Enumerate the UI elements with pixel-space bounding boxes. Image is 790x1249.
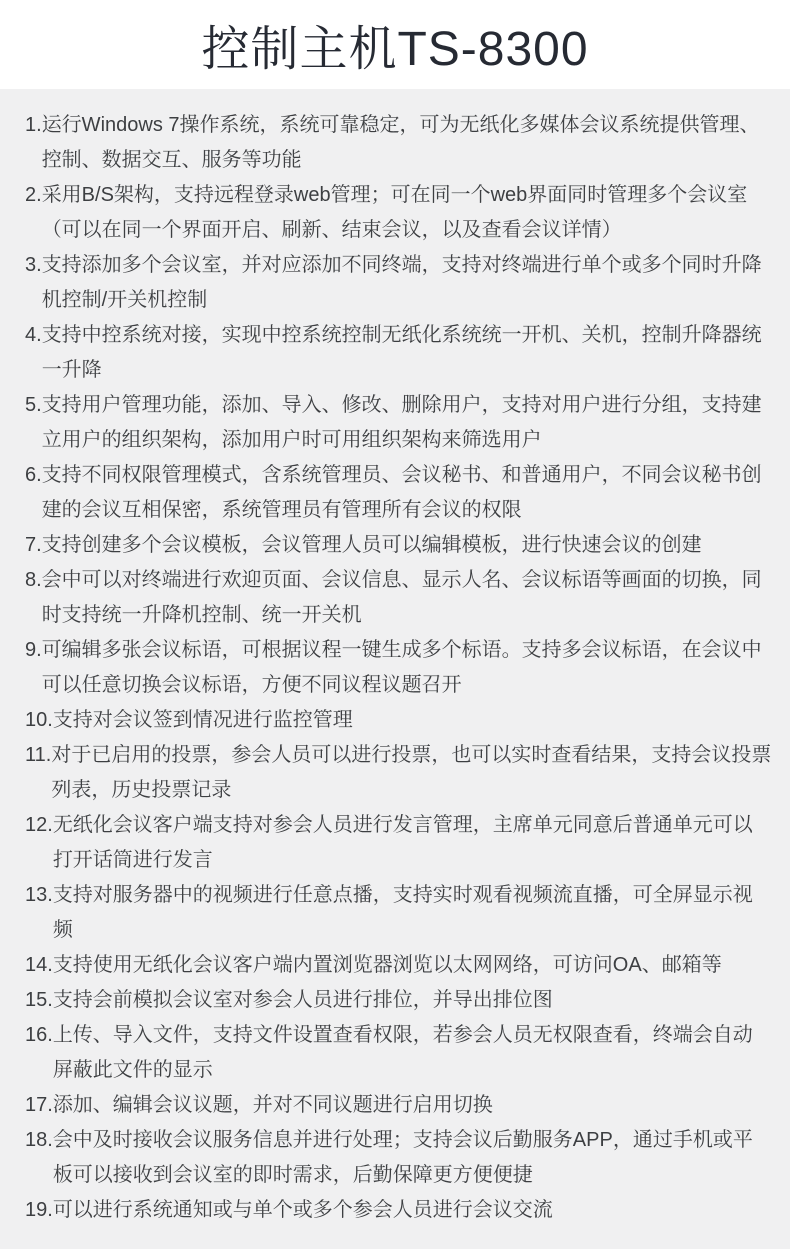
feature-number: 13. xyxy=(25,878,53,913)
product-spec-page: 控制主机TS-8300 1.运行Windows 7操作系统，系统可靠稳定，可为无… xyxy=(0,0,790,1249)
feature-number: 18. xyxy=(25,1123,53,1158)
feature-item: 10.支持对会议签到情况进行监控管理 xyxy=(25,703,772,738)
feature-text: 支持用户管理功能，添加、导入、修改、删除用户，支持对用户进行分组，支持建立用户的… xyxy=(42,388,772,458)
page-header: 控制主机TS-8300 xyxy=(0,0,790,89)
feature-text: 采用B/S架构，支持远程登录web管理；可在同一个web界面同时管理多个会议室（… xyxy=(42,178,772,248)
feature-number: 17. xyxy=(25,1088,53,1123)
feature-number: 19. xyxy=(25,1193,53,1228)
feature-number: 2. xyxy=(25,178,42,213)
feature-item: 12.无纸化会议客户端支持对参会人员进行发言管理，主席单元同意后普通单元可以打开… xyxy=(25,808,772,878)
feature-text: 可以进行系统通知或与单个或多个参会人员进行会议交流 xyxy=(53,1193,772,1228)
feature-item: 3.支持添加多个会议室，并对应添加不同终端，支持对终端进行单个或多个同时升降机控… xyxy=(25,248,772,318)
feature-text: 运行Windows 7操作系统，系统可靠稳定，可为无纸化多媒体会议系统提供管理、… xyxy=(42,108,772,178)
feature-number: 7. xyxy=(25,528,42,563)
feature-number: 11. xyxy=(25,738,51,773)
feature-number: 10. xyxy=(25,703,53,738)
feature-text: 无纸化会议客户端支持对参会人员进行发言管理，主席单元同意后普通单元可以打开话筒进… xyxy=(53,808,772,878)
feature-item: 4.支持中控系统对接，实现中控系统控制无纸化系统统一开机、关机，控制升降器统一升… xyxy=(25,318,772,388)
feature-list: 1.运行Windows 7操作系统，系统可靠稳定，可为无纸化多媒体会议系统提供管… xyxy=(25,108,772,1228)
feature-text: 会中可以对终端进行欢迎页面、会议信息、显示人名、会议标语等画面的切换，同时支持统… xyxy=(42,563,772,633)
feature-text: 支持创建多个会议模板，会议管理人员可以编辑模板，进行快速会议的创建 xyxy=(42,528,772,563)
feature-item: 17.添加、编辑会议议题，并对不同议题进行启用切换 xyxy=(25,1088,772,1123)
feature-item: 15.支持会前模拟会议室对参会人员进行排位，并导出排位图 xyxy=(25,983,772,1018)
feature-item: 8.会中可以对终端进行欢迎页面、会议信息、显示人名、会议标语等画面的切换，同时支… xyxy=(25,563,772,633)
feature-text: 支持会前模拟会议室对参会人员进行排位，并导出排位图 xyxy=(53,983,772,1018)
feature-number: 9. xyxy=(25,633,42,668)
feature-text: 支持对服务器中的视频进行任意点播，支持实时观看视频流直播，可全屏显示视频 xyxy=(53,878,772,948)
feature-text: 支持对会议签到情况进行监控管理 xyxy=(53,703,772,738)
page-title: 控制主机TS-8300 xyxy=(201,10,588,79)
feature-item: 19.可以进行系统通知或与单个或多个参会人员进行会议交流 xyxy=(25,1193,772,1228)
feature-item: 7.支持创建多个会议模板，会议管理人员可以编辑模板，进行快速会议的创建 xyxy=(25,528,772,563)
feature-number: 12. xyxy=(25,808,53,843)
feature-text: 支持中控系统对接，实现中控系统控制无纸化系统统一开机、关机，控制升降器统一升降 xyxy=(42,318,772,388)
feature-number: 5. xyxy=(25,388,42,423)
feature-item: 5.支持用户管理功能，添加、导入、修改、删除用户，支持对用户进行分组，支持建立用… xyxy=(25,388,772,458)
feature-item: 13.支持对服务器中的视频进行任意点播，支持实时观看视频流直播，可全屏显示视频 xyxy=(25,878,772,948)
feature-item: 1.运行Windows 7操作系统，系统可靠稳定，可为无纸化多媒体会议系统提供管… xyxy=(25,108,772,178)
feature-item: 18.会中及时接收会议服务信息并进行处理；支持会议后勤服务APP，通过手机或平板… xyxy=(25,1123,772,1193)
feature-number: 3. xyxy=(25,248,42,283)
feature-number: 16. xyxy=(25,1018,53,1053)
feature-number: 4. xyxy=(25,318,42,353)
page-body: 1.运行Windows 7操作系统，系统可靠稳定，可为无纸化多媒体会议系统提供管… xyxy=(0,89,790,1249)
feature-item: 16.上传、导入文件，支持文件设置查看权限，若参会人员无权限查看，终端会自动屏蔽… xyxy=(25,1018,772,1088)
feature-text: 添加、编辑会议议题，并对不同议题进行启用切换 xyxy=(53,1088,772,1123)
feature-number: 1. xyxy=(25,108,42,143)
feature-text: 会中及时接收会议服务信息并进行处理；支持会议后勤服务APP，通过手机或平板可以接… xyxy=(53,1123,772,1193)
feature-item: 14.支持使用无纸化会议客户端内置浏览器浏览以太网网络，可访问OA、邮箱等 xyxy=(25,948,772,983)
feature-text: 上传、导入文件，支持文件设置查看权限，若参会人员无权限查看，终端会自动屏蔽此文件… xyxy=(53,1018,772,1088)
feature-text: 支持添加多个会议室，并对应添加不同终端，支持对终端进行单个或多个同时升降机控制/… xyxy=(42,248,772,318)
feature-text: 支持不同权限管理模式，含系统管理员、会议秘书、和普通用户，不同会议秘书创建的会议… xyxy=(42,458,772,528)
feature-number: 6. xyxy=(25,458,42,493)
feature-text: 可编辑多张会议标语，可根据议程一键生成多个标语。支持多会议标语，在会议中可以任意… xyxy=(42,633,772,703)
feature-number: 15. xyxy=(25,983,53,1018)
feature-text: 对于已启用的投票，参会人员可以进行投票，也可以实时查看结果，支持会议投票列表，历… xyxy=(51,738,772,808)
feature-number: 14. xyxy=(25,948,53,983)
feature-item: 11.对于已启用的投票，参会人员可以进行投票，也可以实时查看结果，支持会议投票列… xyxy=(25,738,772,808)
feature-item: 9.可编辑多张会议标语，可根据议程一键生成多个标语。支持多会议标语，在会议中可以… xyxy=(25,633,772,703)
feature-text: 支持使用无纸化会议客户端内置浏览器浏览以太网网络，可访问OA、邮箱等 xyxy=(53,948,772,983)
feature-number: 8. xyxy=(25,563,42,598)
feature-item: 6.支持不同权限管理模式，含系统管理员、会议秘书、和普通用户，不同会议秘书创建的… xyxy=(25,458,772,528)
feature-item: 2.采用B/S架构，支持远程登录web管理；可在同一个web界面同时管理多个会议… xyxy=(25,178,772,248)
